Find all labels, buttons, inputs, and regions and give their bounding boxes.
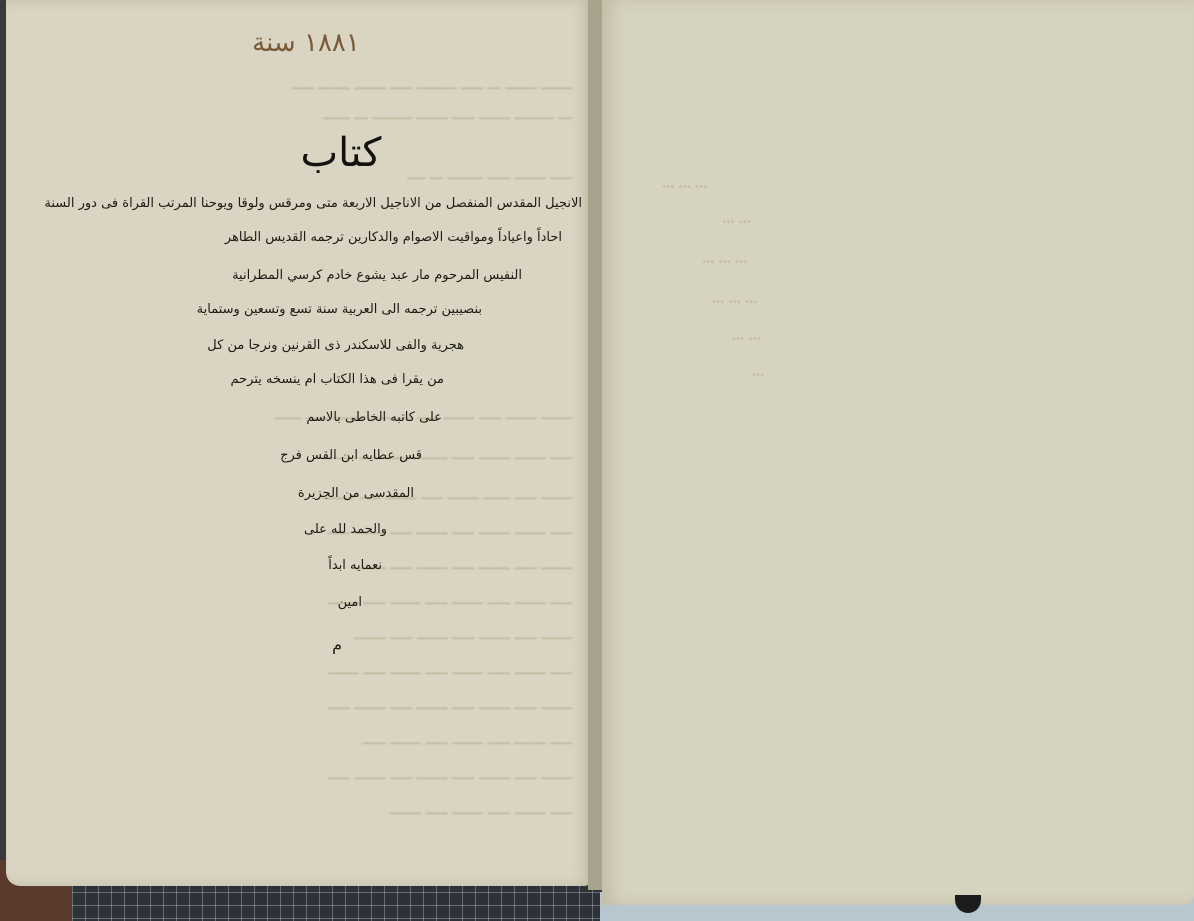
text-line: هجرية والفى للاسكندر ذى القرنين ونرجا من… — [207, 338, 464, 353]
text-line: نعمايه ابداً — [328, 558, 382, 573]
text-line: النفيس المرحوم مار عبد يشوع خادم كرسي ال… — [232, 268, 522, 283]
faint-text: ··· ··· — [722, 215, 751, 230]
left-page: ـــــــ ـــــــ ـــ ـــــ ـــــــــ ــــ… — [6, 0, 592, 886]
header-note: ١٨٨١ سنة — [146, 28, 466, 58]
text-line: بنصيبين ترجمه الى العربية سنة تسع وتسعين… — [197, 302, 482, 317]
text-line: الانجيل المقدس المنفصل من الاناجيل الارب… — [44, 196, 582, 211]
text-line: امين — [338, 595, 362, 610]
text-line: م — [332, 635, 342, 654]
text-line: على كاتبه الخاطى بالاسم — [306, 410, 442, 425]
text-line: والحمد لله على — [304, 522, 387, 537]
faint-text: ··· ··· — [732, 332, 761, 347]
faint-text: ··· ··· ··· — [662, 180, 707, 195]
faint-text: ··· ··· ··· — [712, 295, 757, 310]
cutting-mat — [72, 880, 602, 921]
text-line: قس عطايه ابن القس فرج — [280, 448, 422, 463]
faint-text: ··· ··· ··· — [702, 255, 747, 270]
text-line: من يقرا فى هذا الكتاب ام ينسخه يترحم — [230, 372, 444, 387]
manuscript-title: كتاب — [296, 130, 386, 176]
text-line: احاداً واعياداً ومواقيت الاصوام والدكاري… — [225, 230, 562, 245]
faint-text: ··· — [752, 368, 764, 383]
text-line: المقدسى من الجزيرة — [298, 486, 414, 501]
right-page: ··· ··· ··· ··· ··· ··· ··· ··· ··· ··· … — [602, 0, 1194, 905]
book-gutter — [588, 0, 602, 890]
